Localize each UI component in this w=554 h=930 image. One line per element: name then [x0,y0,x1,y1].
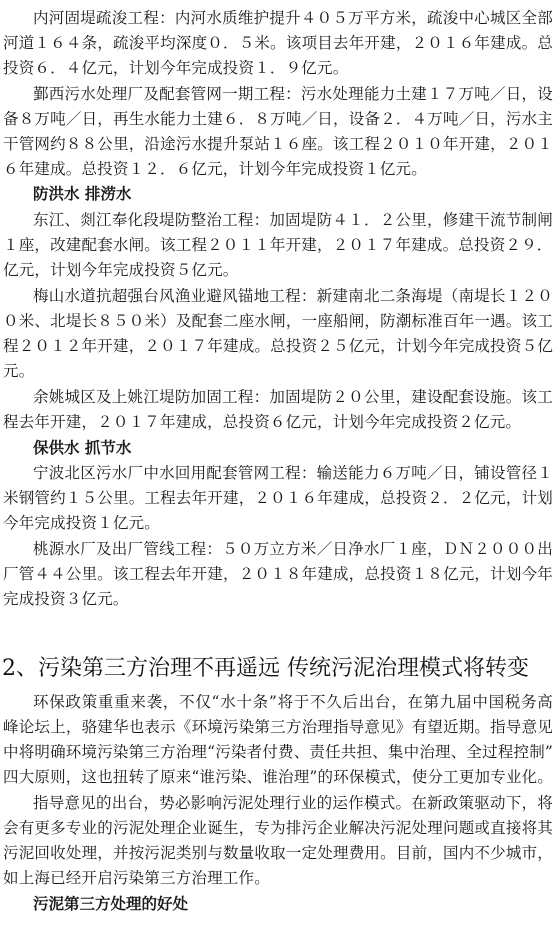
paragraph-line: 亿元，计划今年完成投资５亿元。 [3,260,553,280]
paragraph-line: 河道１６４条，疏浚平均深度０．５米。该项目去年开建，２０１６年建成。总 [3,33,553,53]
paragraph-line: 宁波北区污水厂中水回用配套管网工程：输送能力６万吨／日，铺设管径１ [33,463,553,483]
paragraph-line: ６年建成。总投资１２．６亿元，计划今年完成投资１亿元。 [3,159,553,179]
paragraph-line: 元。 [3,361,553,381]
paragraph-line: 完成投资３亿元。 [3,589,553,609]
paragraph-line: 程去年开建，２０１７年建成，总投资６亿元，计划今年完成投资２亿元。 [3,412,553,432]
subheading-benefits: 污泥第三方处理的好处 [33,894,188,914]
paragraph-line: 干管网约８８公里，沿途污水提升泵站１６座。该工程２０１０年开建，２０１ [3,134,553,154]
section-heading: 2、污染第三方治理不再遥远 传统污泥治理模式将转变 [2,655,529,683]
paragraph-line: 内河固堤疏浚工程：内河水质维护提升４０５万平方米，疏浚中心城区全部 [33,8,553,28]
paragraph-line: 峰论坛上，骆建华也表示《环境污染第三方治理指导意见》有望近期。指导意见 [3,717,553,737]
paragraph-line: 东江、剡江奉化段堤防整治工程：加固堤防４１．２公里，修建干流节制闸 [33,210,553,230]
paragraph-line: 污泥回收处理，并按污泥类别与数量收取一定处理费用。目前，国内不少城市， [3,843,553,863]
paragraph-line: 余姚城区及上姚江堤防加固工程：加固堤防２０公里，建设配套设施。该工 [33,387,553,407]
paragraph-line: ０米、北堤长８５０米）及配套二座水闸，一座船闸，防潮标准百年一遇。该工 [3,311,553,331]
paragraph-line: 会有更多专业的污泥处理企业诞生，专为排污企业解决污泥处理问题或直接将其 [3,818,553,838]
document-page: 内河固堤疏浚工程：内河水质维护提升４０５万平方米，疏浚中心城区全部 河道１６４条… [0,0,554,930]
paragraph-line: 今年完成投资１亿元。 [3,513,553,533]
paragraph-line: 四大原则，这也扭转了原来“谁污染、谁治理”的环保模式，使分工更加专业化。 [3,767,553,787]
paragraph-line: 中将明确环境污染第三方治理“污染者付费、责任共担、集中治理、全过程控制” [3,742,553,762]
subheading-water-supply: 保供水 抓节水 [33,438,131,458]
paragraph-line: 桃源水厂及出厂管线工程：５０万立方米／日净水厂１座，ＤＮ２０００出 [33,539,553,559]
paragraph-line: １座，改建配套水闸。该工程２０１１年开建，２０１７年建成。总投资２９．３ [3,235,553,255]
paragraph-line: 环保政策重重来袭，不仅“水十条”将于不久后出台，在第九届中国税务高 [33,692,553,712]
paragraph-line: 梅山水道抗超强台风渔业避风锚地工程：新建南北二条海堤（南堤长１２０ [33,286,553,306]
paragraph-line: 如上海已经开启污染第三方治理工作。 [3,868,553,888]
paragraph-line: 投资６．４亿元，计划今年完成投资１．９亿元。 [3,58,553,78]
paragraph-line: 鄞西污水处理厂及配套管网一期工程：污水处理能力土建１７万吨／日，设 [33,84,553,104]
paragraph-line: 厂管４４公里。该工程去年开建，２０１８年建成，总投资１８亿元，计划今年 [3,564,553,584]
paragraph-line: 指导意见的出台，势必影响污泥处理行业的运作模式。在新政策驱动下，将 [33,793,553,813]
paragraph-line: 备８万吨／日，再生水能力土建６．８万吨／日，设备２．４万吨／日，污水主 [3,109,553,129]
paragraph-line: 程２０１２年开建，２０１７年建成。总投资２５亿元，计划今年完成投资５亿 [3,336,553,356]
paragraph-line: 米钢管约１５公里。工程去年开建，２０１６年建成，总投资２．２亿元，计划 [3,488,553,508]
subheading-flood-control: 防洪水 排涝水 [33,184,131,204]
